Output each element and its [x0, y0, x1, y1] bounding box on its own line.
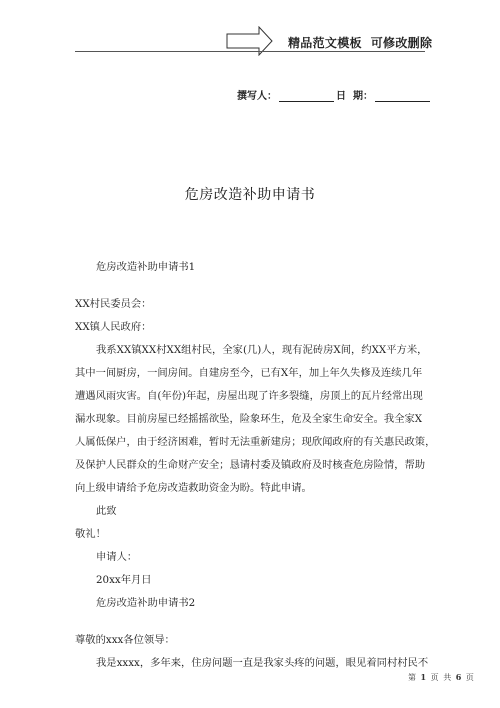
page-number: 第 1 页 共 6 页 — [408, 672, 475, 683]
date-line: 20xx年月日 — [96, 569, 152, 592]
closing-salute: 敬礼！ — [75, 523, 106, 546]
section-heading-1: 危房改造补助申请书1 — [96, 256, 195, 279]
template-banner-text: 精品范文模板 可修改删除 — [288, 34, 432, 51]
body-line: 向上级申请给予危房改造救助资金为盼。特此申请。 — [75, 477, 312, 500]
section-heading-2: 危房改造补助申请书2 — [96, 592, 195, 615]
body-line: 其中一间厨房，一间房间。自建房至今，已有X年，加上年久失修及连续几年 — [75, 362, 422, 385]
author-label: 撰写人： — [237, 87, 277, 102]
applicant-label: 申请人： — [96, 546, 137, 569]
header-divider — [75, 51, 425, 52]
salutation-village-committee: XX村民委员会： — [75, 293, 151, 316]
date-blank-field — [375, 91, 430, 102]
salutation-leaders: 尊敬的xxx各位领导： — [75, 629, 175, 652]
date-label: 日 期： — [336, 87, 373, 102]
body-line: 遭遇风雨灾害。自(年份)年起，房屋出现了许多裂缝，房顶上的瓦片经常出现 — [75, 385, 423, 408]
body-line: 我系XX镇XX村XX组村民，全家(几)人，现有泥砖房X间，约XX平方米， — [96, 339, 427, 362]
body-line: 及保护人民群众的生命财产安全；恳请村委及镇政府及时核查危房险情，帮助 — [75, 454, 425, 477]
closing-phrase: 此致 — [96, 500, 117, 523]
body-line: 人属低保户，由于经济困难，暂时无法重新建房；现欣闻政府的有关惠民政策， — [75, 431, 435, 454]
document-title: 危房改造补助申请书 — [0, 184, 500, 204]
author-date-line: 撰写人： 日 期： — [237, 87, 432, 102]
body-line: 漏水现象。目前房屋已经摇摇欲坠，险象环生，危及全家生命安全。我全家X — [75, 408, 422, 431]
body-line: 我是xxxx，多年来，住房问题一直是我家头疼的问题，眼见着同村村民不 — [96, 652, 428, 675]
salutation-town-government: XX镇人民政府： — [75, 316, 151, 339]
author-blank-field — [279, 91, 334, 102]
